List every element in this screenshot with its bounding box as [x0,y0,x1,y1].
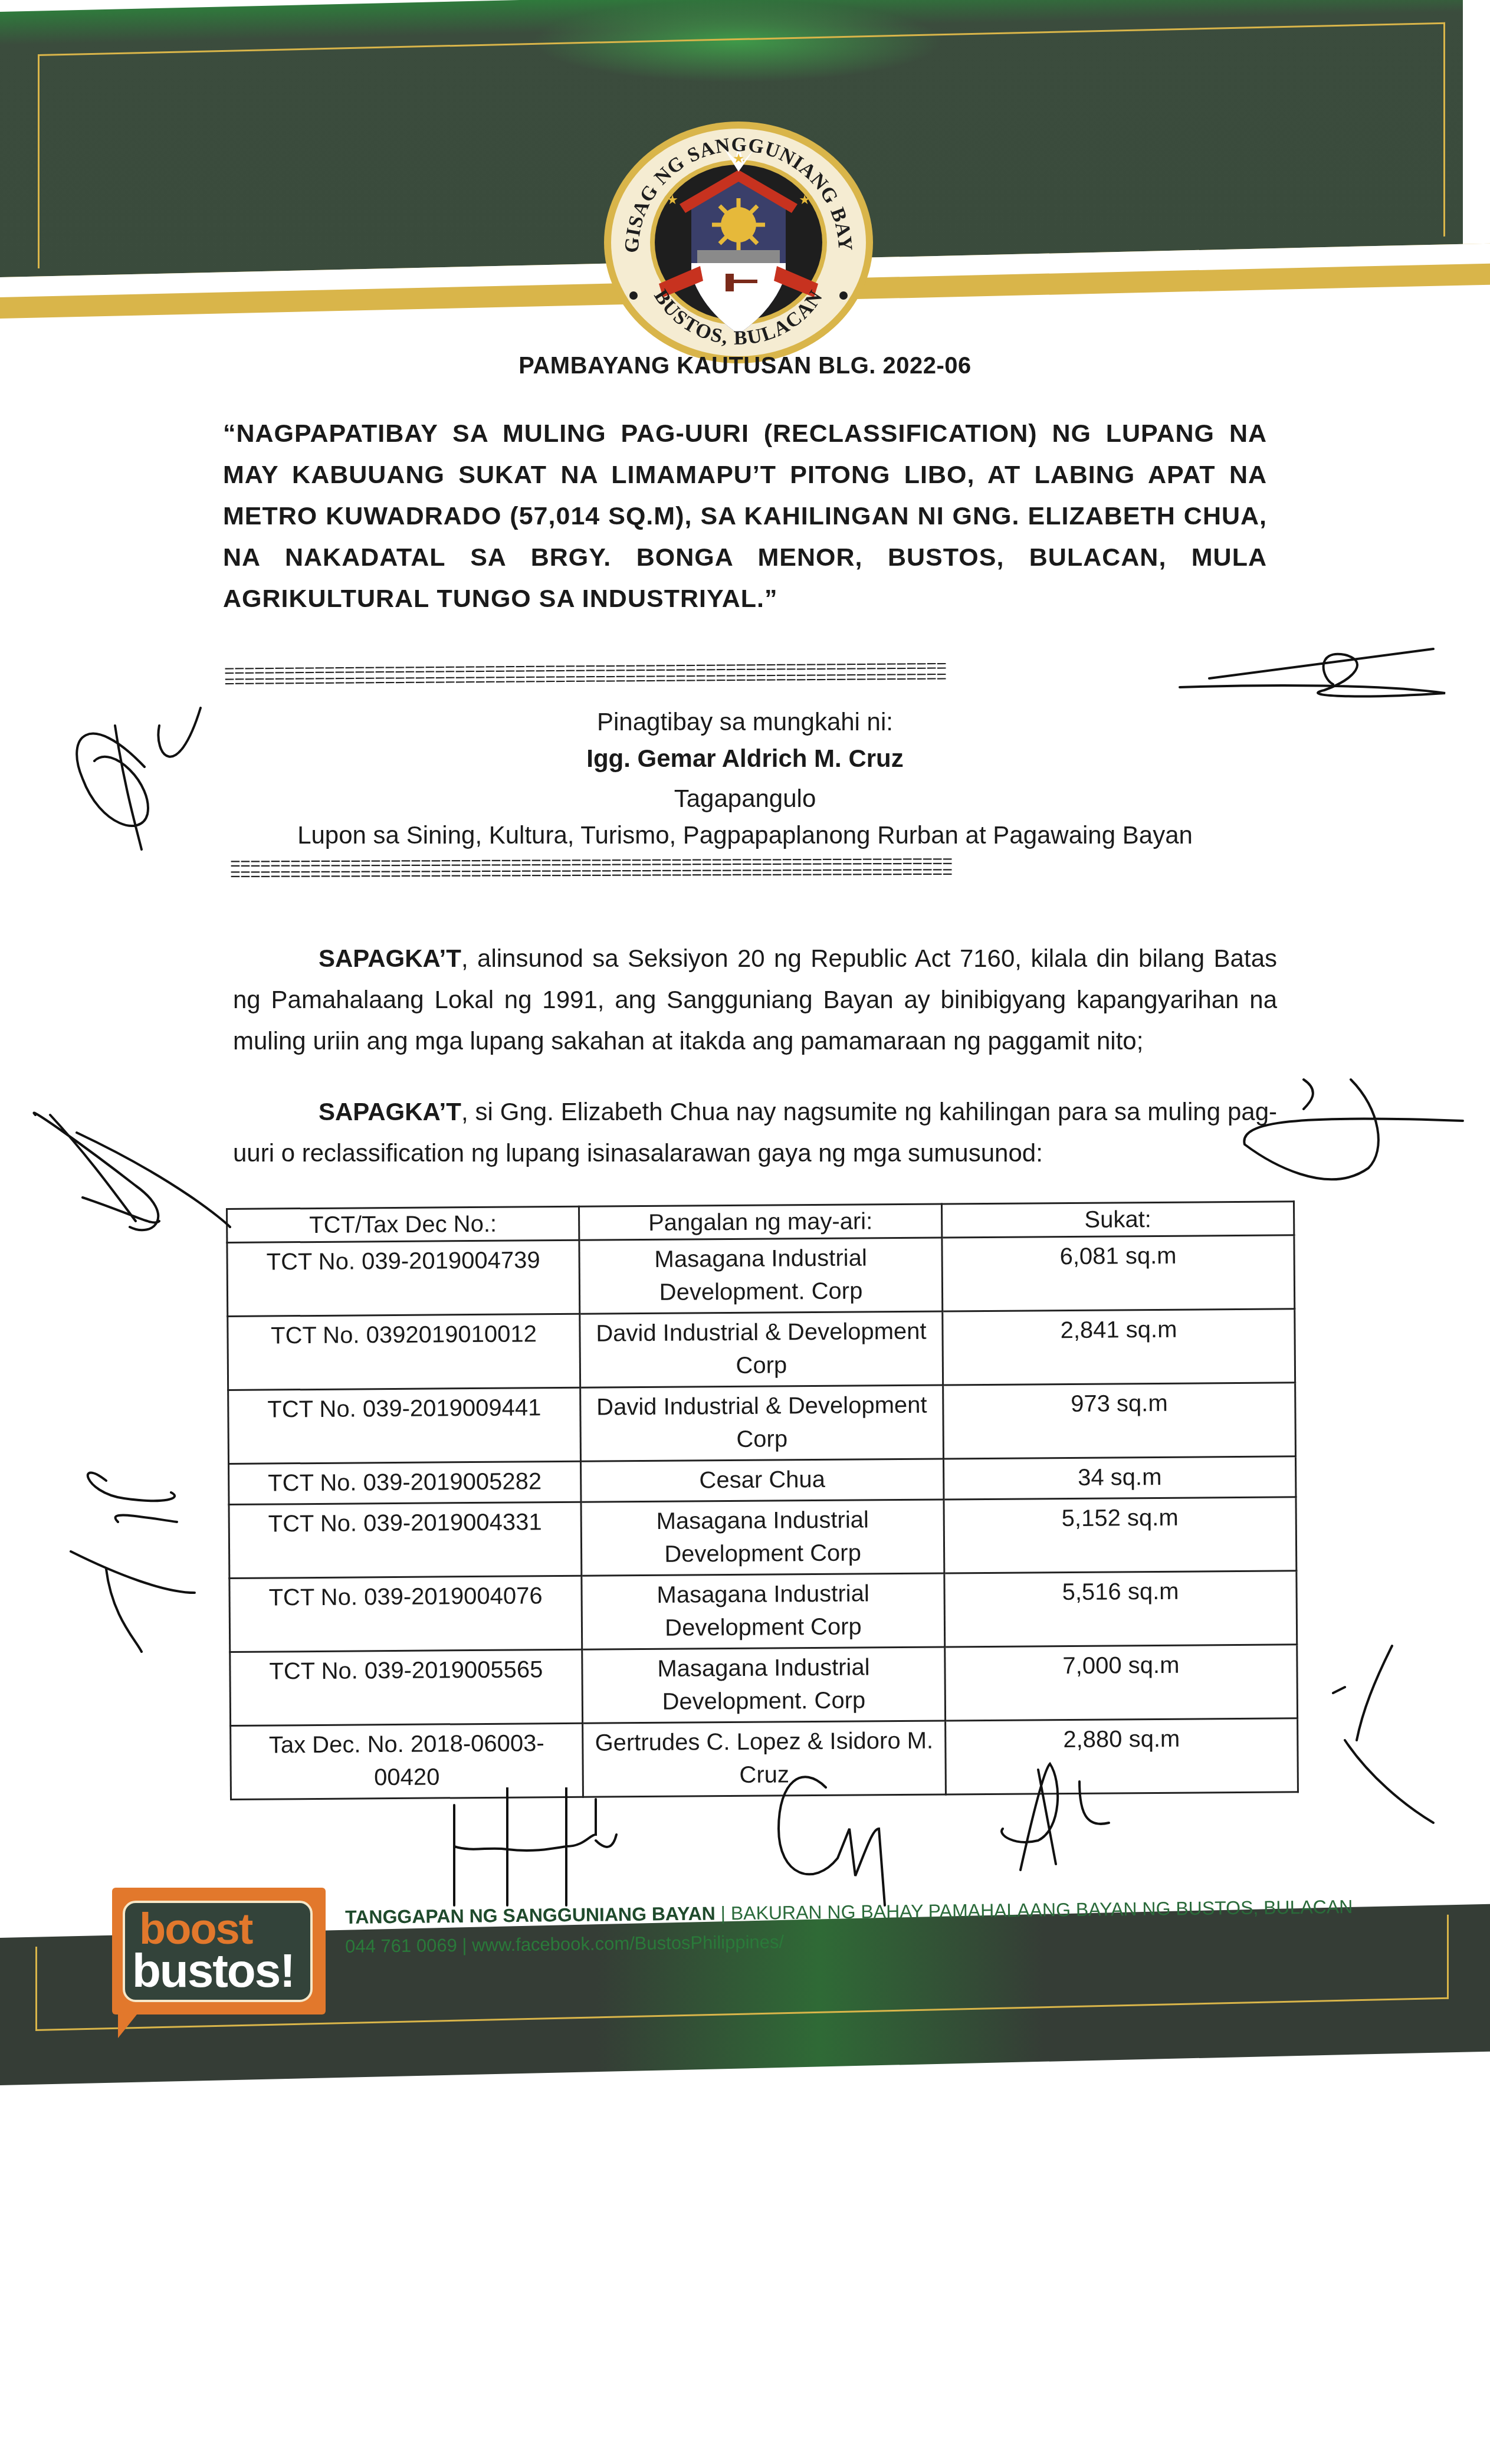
cell-area: 5,152 sq.m [944,1497,1297,1573]
ordinance-title: PAMBAYANG KAUTUSAN BLG. 2022-06 [0,353,1490,379]
table-row: TCT No. 039-2019009441David Industrial &… [228,1383,1296,1464]
cell-area: 2,880 sq.m [946,1718,1298,1794]
footer-office-name: TANGGAPAN NG SANGGUNIANG BAYAN [345,1902,716,1928]
whereas-lead: SAPAGKA’T [319,1098,461,1126]
divider-top: ========================================… [224,660,1262,688]
column-header-area: Sukat: [941,1202,1294,1238]
whereas-paragraph-1: SAPAGKA’T, alinsunod sa Seksiyon 20 ng R… [233,938,1277,1062]
municipal-seal-icon: ★★★ SAGISAG NG SANGGUNIANG BAYAN BUSTOS,… [597,116,880,363]
cell-owner-name: David Industrial & Development Corp [580,1311,943,1387]
table-row: TCT No. 039-2019004331Masagana Industria… [229,1497,1297,1579]
cell-owner-name: Cesar Chua [580,1459,944,1502]
whereas-lead: SAPAGKA’T [319,944,461,972]
cell-owner-name: Masagana Industrial Development. Corp [579,1238,943,1314]
table-row: TCT No. 0392019010012David Industrial & … [228,1309,1295,1390]
cell-area: 7,000 sq.m [945,1645,1298,1721]
table-row: TCT No. 039-2019005565Masagana Industria… [230,1645,1298,1726]
table-row: Tax Dec. No. 2018-06003-00420Gertrudes C… [231,1718,1298,1800]
sponsor-position: Tagapangulo [0,785,1490,813]
sponsor-committee: Lupon sa Sining, Kultura, Turismo, Pagpa… [0,821,1490,849]
whereas-paragraph-2: SAPAGKA’T, si Gng. Elizabeth Chua nay na… [233,1091,1277,1174]
cell-tct-number: TCT No. 039-2019005282 [229,1461,581,1504]
cell-owner-name: Masagana Industrial Development. Corp [582,1647,946,1723]
cell-owner-name: Masagana Industrial Development Corp [582,1573,945,1649]
table-row: TCT No. 039-2019004739Masagana Industria… [227,1235,1295,1317]
cell-tct-number: TCT No. 039-2019004076 [229,1576,582,1652]
signature-icon [1333,1646,1433,1823]
sponsor-name: Igg. Gemar Aldrich M. Cruz [0,744,1490,773]
land-parcels-table: TCT/Tax Dec No.: Pangalan ng may-ari: Su… [226,1200,1299,1800]
signature-icon [34,1113,230,1231]
logo-bubble-tail [118,2009,142,2038]
divider-bottom: ========================================… [230,857,1274,881]
cell-tct-number: Tax Dec. No. 2018-06003-00420 [231,1723,583,1799]
cell-tct-number: TCT No. 039-2019004331 [229,1502,582,1578]
cell-owner-name: David Industrial & Development Corp [580,1385,944,1461]
boost-bustos-logo: boost bustos! [112,1888,326,2014]
signature-icon [71,1472,195,1652]
resolution-statement: “NAGPAPATIBAY SA MULING PAG-UURI (RECLAS… [223,413,1267,619]
cell-area: 2,841 sq.m [943,1309,1295,1385]
cell-area: 973 sq.m [943,1383,1296,1459]
cell-area: 5,516 sq.m [944,1571,1297,1647]
logo-text-bustos: bustos! [132,1945,294,1996]
cell-tct-number: TCT No. 039-2019005565 [230,1649,583,1725]
table-row: TCT No. 039-2019005282Cesar Chua34 sq.m [229,1456,1296,1505]
speech-bubble-logo-icon: boost bustos! [123,1901,313,2002]
signature-icon [454,1787,616,1905]
table-row: TCT No. 039-2019004076Masagana Industria… [229,1571,1297,1652]
cell-owner-name: Gertrudes C. Lopez & Isidoro M. Cruz [583,1721,946,1797]
cell-tct-number: TCT No. 039-2019004739 [227,1240,580,1316]
footer-phone: 044 761 0069 [345,1935,457,1957]
column-header-owner: Pangalan ng may-ari: [579,1204,941,1240]
cell-area: 34 sq.m [944,1456,1296,1500]
sponsor-label: Pinagtibay sa mungkahi ni: [0,708,1490,736]
cell-tct-number: TCT No. 039-2019009441 [228,1387,581,1464]
cell-owner-name: Masagana Industrial Development Corp [581,1500,944,1576]
column-header-tct: TCT/Tax Dec No.: [227,1206,579,1242]
cell-area: 6,081 sq.m [942,1235,1295,1311]
footer-website-link[interactable]: www.facebook.com/BustosPhilippines/ [472,1931,784,1956]
cell-tct-number: TCT No. 0392019010012 [228,1314,580,1390]
svg-text:★: ★ [667,192,678,207]
svg-text:★: ★ [799,192,810,207]
